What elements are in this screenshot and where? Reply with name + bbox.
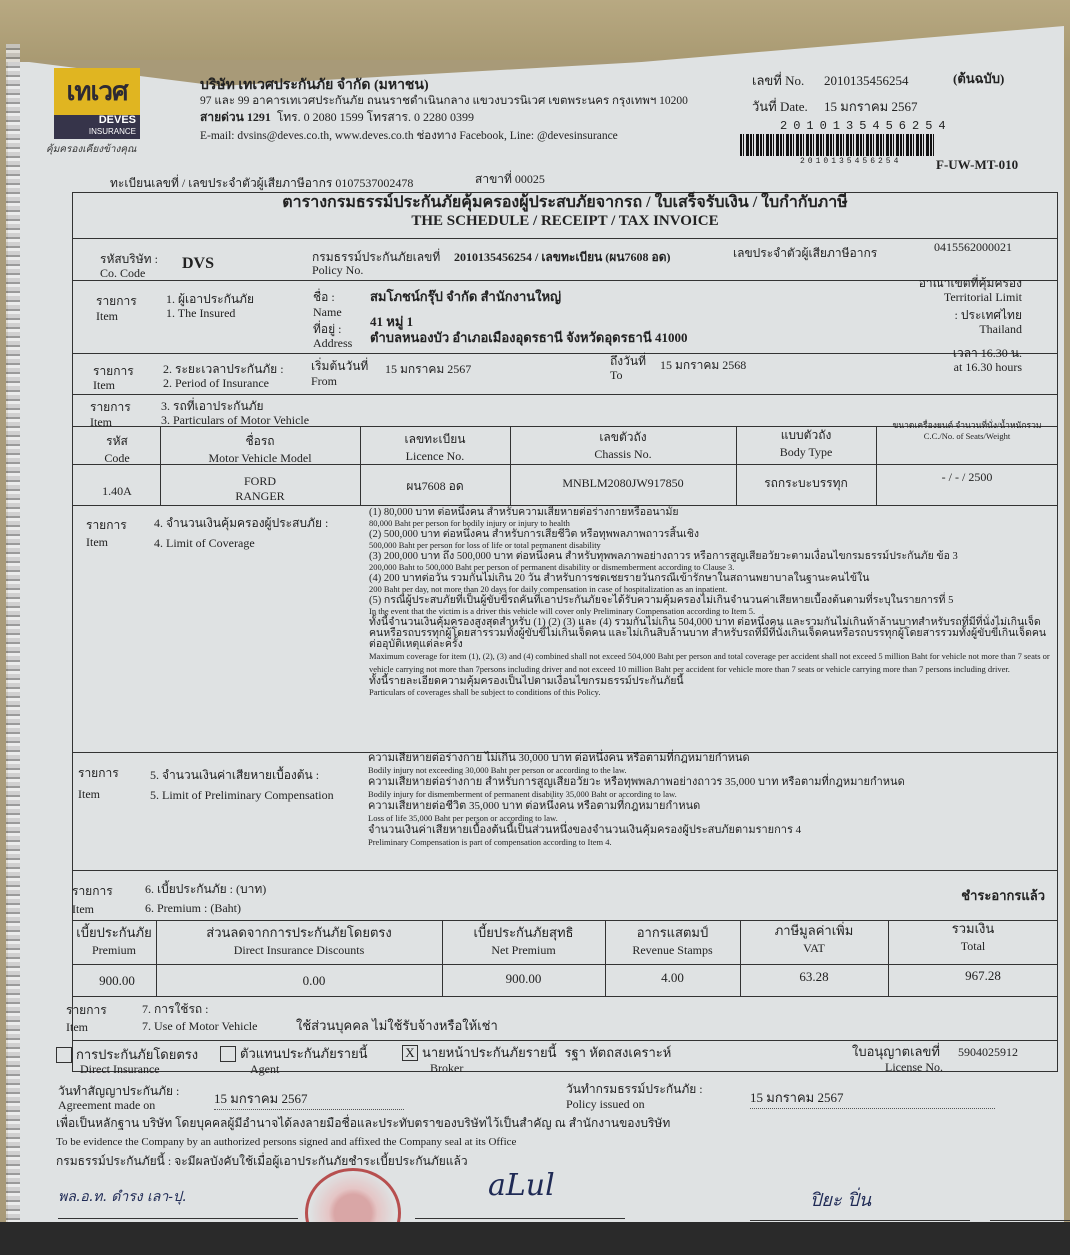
use-value: ใช้ส่วนบุคคล ไม่ใช้รับจ้างหรือให้เช่า [296, 1015, 498, 1036]
preliminary-title-en: 5. Limit of Preliminary Compensation [150, 788, 334, 803]
broker-option: X นายหน้าประกันภัยรายนี้ รฐา หัตถสงเคราะ… [402, 1042, 671, 1063]
item-label-th: รายการ [72, 882, 113, 901]
vehicle-chassis: MNBLM2080JW917850 [510, 476, 736, 491]
territory-label-en: Territorial Limit [860, 290, 1022, 305]
preliminary-details: ความเสียหายต่อร่างกาย ไม่เกิน 30,000 บาท… [368, 752, 1048, 848]
vehicle-cc-seats-weight: - / - / 2500 [876, 470, 1058, 485]
territory-value-en: Thailand [860, 322, 1022, 337]
coverage-title-en: 4. Limit of Coverage [154, 536, 255, 551]
vehicle-header-model: ชื่อรถMotor Vehicle Model [160, 432, 360, 466]
vehicle-licence: ผน7608 อด [360, 477, 510, 496]
document-date: วันที่ Date.15 มกราคม 2567 [752, 96, 918, 117]
item-label-th: รายการ [78, 764, 119, 783]
license-label-en: License No. [885, 1060, 943, 1075]
co-code-label-en: Co. Code [100, 266, 145, 281]
policy-number: 2010135456254 / เลขทะเบียน (ผน7608 อด) [454, 248, 671, 267]
premium-header-premium: เบี้ยประกันภัยPremium [72, 922, 156, 958]
to-label-en: To [610, 368, 623, 383]
branch-number: สาขาที่ 00025 [475, 170, 545, 189]
company-logo: เทเวศ DEVESINSURANCE [54, 68, 140, 138]
license-label-th: ใบอนุญาตเลขที่ [852, 1041, 940, 1062]
period-start-date: 15 มกราคม 2567 [385, 360, 471, 379]
net-premium-value: 900.00 [442, 971, 605, 987]
barcode-text-top: 2010135456254 [780, 119, 952, 133]
vehicle-title-en: 3. Particulars of Motor Vehicle [161, 413, 309, 428]
document-title-thai: ตารางกรมธรรม์ประกันภัยคุ้มครองผู้ประสบภั… [0, 190, 1070, 215]
effective-clause: กรมธรรม์ประกันภัยนี้ : จะมีผลบังคับใช้เม… [56, 1152, 468, 1171]
premium-header-stamps: อากรแสตมป์Revenue Stamps [605, 922, 740, 958]
signature-line [58, 1218, 298, 1219]
insured-title-en: 1. The Insured [166, 306, 235, 321]
divider [72, 238, 1058, 239]
document-number: เลขที่ No.2010135456254 [752, 70, 909, 91]
item-label-en: Item [93, 378, 115, 393]
logo-thai-text: เทเวศ [54, 68, 140, 115]
document-title-english: THE SCHEDULE / RECEIPT / TAX INVOICE [0, 213, 1070, 230]
company-contact: สายด่วน 1291 โทร. 0 2080 1599 โทรสาร. 0 … [200, 108, 474, 127]
vehicle-header-body: แบบตัวถังBody Type [736, 426, 876, 460]
premium-value: 900.00 [72, 973, 162, 989]
agent-en: Agent [250, 1062, 279, 1077]
coverage-title-th: 4. จำนวนเงินคุ้มครองผู้ประสบภัย : [154, 514, 328, 533]
policy-label-en: Policy No. [312, 263, 363, 278]
direct-insurance-checkbox [56, 1047, 72, 1063]
use-title-th: 7. การใช้รถ : [142, 1000, 209, 1019]
item-label-en: Item [66, 1020, 88, 1035]
coverage-details: (1) 80,000 บาท ต่อหนึ่งคน สำหรับความเสีย… [369, 507, 1054, 698]
divider [72, 964, 1058, 965]
period-end-date: 15 มกราคม 2568 [660, 356, 746, 375]
signature-line [415, 1218, 625, 1219]
period-title-en: 2. Period of Insurance [163, 376, 269, 391]
agent-checkbox [220, 1046, 236, 1062]
total-value: 967.28 [888, 968, 1070, 984]
item-label-en: Item [78, 787, 100, 802]
evidence-en: To be evidence the Company by an authori… [56, 1136, 516, 1148]
revenue-stamps-value: 4.00 [605, 970, 740, 986]
desk-background-bottom [0, 1222, 1070, 1255]
vehicle-model: FORDRANGER [160, 474, 360, 504]
discount-value: 0.00 [156, 973, 472, 989]
license-number: 5904025912 [958, 1045, 1018, 1060]
use-title-en: 7. Use of Motor Vehicle [142, 1019, 257, 1034]
divider [72, 505, 1058, 506]
item-label-th: รายการ [66, 1001, 107, 1020]
premium-header-total: รวมเงินTotal [888, 918, 1058, 954]
vat-value: 63.28 [740, 969, 888, 985]
premium-header-net: เบี้ยประกันภัยสุทธิNet Premium [442, 922, 605, 958]
vehicle-header-code: รหัสCode [74, 432, 160, 466]
signature-line [750, 1220, 970, 1221]
issued-date: 15 มกราคม 2567 [750, 1087, 995, 1109]
agent-option: ตัวแทนประกันภัยรายนี้ [220, 1043, 368, 1064]
company-email: E-mail: dvsins@deves.co.th, www.deves.co… [200, 127, 618, 145]
barcode-text-bottom: 2010135456254 [800, 157, 901, 166]
signature-line [990, 1220, 1070, 1221]
logo-tagline: คุ้มครองเคียงข้างคุณ [46, 142, 136, 157]
evidence-th: เพื่อเป็นหลักฐาน บริษัท โดยบุคคลผู้มีอำน… [56, 1114, 670, 1133]
agreement-date: 15 มกราคม 2567 [214, 1088, 404, 1110]
divider [72, 394, 1058, 395]
stamp-duty-paid: ชำระอากรแล้ว [900, 885, 1045, 906]
address-label-en: Address [313, 336, 352, 351]
authorized-signature: ปิยะ ปิ่น [810, 1185, 871, 1214]
preliminary-title-th: 5. จำนวนเงินค่าเสียหายเบื้องต้น : [150, 766, 319, 785]
item-label-th: รายการ [86, 516, 127, 535]
vehicle-header-licence: เลขทะเบียนLicence No. [360, 430, 510, 464]
insured-tax-id: 0415562000021 [934, 240, 1012, 255]
original-copy-label: (ต้นฉบับ) [953, 68, 1004, 89]
premium-header-discount: ส่วนลดจากการประกันภัยโดยตรงDirect Insura… [156, 922, 442, 958]
premium-title-en: 6. Premium : (Baht) [145, 901, 241, 916]
divider [72, 870, 1058, 871]
premium-header-vat: ภาษีมูลค่าเพิ่มVAT [740, 920, 888, 956]
director-signature-2: aLul [488, 1168, 555, 1203]
vehicle-body-type: รถกระบะบรรทุก [736, 474, 876, 493]
insured-tax-id-label: เลขประจำตัวผู้เสียภาษีอากร [733, 244, 877, 263]
broker-name: รฐา หัตถสงเคราะห์ [565, 1045, 672, 1060]
premium-title-th: 6. เบี้ยประกันภัย : (บาท) [145, 880, 266, 899]
insured-name: สมโภชน์กรุ๊ป จำกัด สำนักงานใหญ่ [370, 286, 561, 307]
vehicle-code: 1.40A [74, 484, 160, 499]
name-label-en: Name [313, 305, 342, 320]
barcode [740, 134, 934, 156]
direct-insurance-en: Direct Insurance [80, 1062, 160, 1077]
issued-label-en: Policy issued on [566, 1097, 645, 1112]
item-label-en: Item [90, 415, 112, 430]
from-label-en: From [311, 374, 337, 389]
vehicle-header-chassis: เลขตัวถังChassis No. [510, 428, 736, 462]
item-label-en: Item [72, 902, 94, 917]
item-label-en: Item [96, 309, 118, 324]
logo-en: DEVESINSURANCE [54, 115, 140, 139]
broker-en: Broker [430, 1061, 463, 1076]
director-signature-1: พล.อ.ท. ดำรง เลา-ปุ. [58, 1186, 186, 1208]
broker-checkbox: X [402, 1045, 418, 1061]
agreement-label-en: Agreement made on [58, 1098, 155, 1113]
insured-address-line2: ตำบลหนองบัว อำเภอเมืองอุดรธานี จังหวัดอุ… [370, 327, 687, 348]
form-code: F-UW-MT-010 [936, 157, 1018, 173]
co-code-value: DVS [182, 255, 214, 273]
divider [72, 996, 1058, 997]
period-time-en: at 16.30 hours [860, 360, 1022, 375]
vehicle-header-cc: ขนาดเครื่องยนต์ จำนวนที่นั่ง/น้ำหนักรวมC… [876, 420, 1058, 442]
item-label-en: Item [86, 535, 108, 550]
